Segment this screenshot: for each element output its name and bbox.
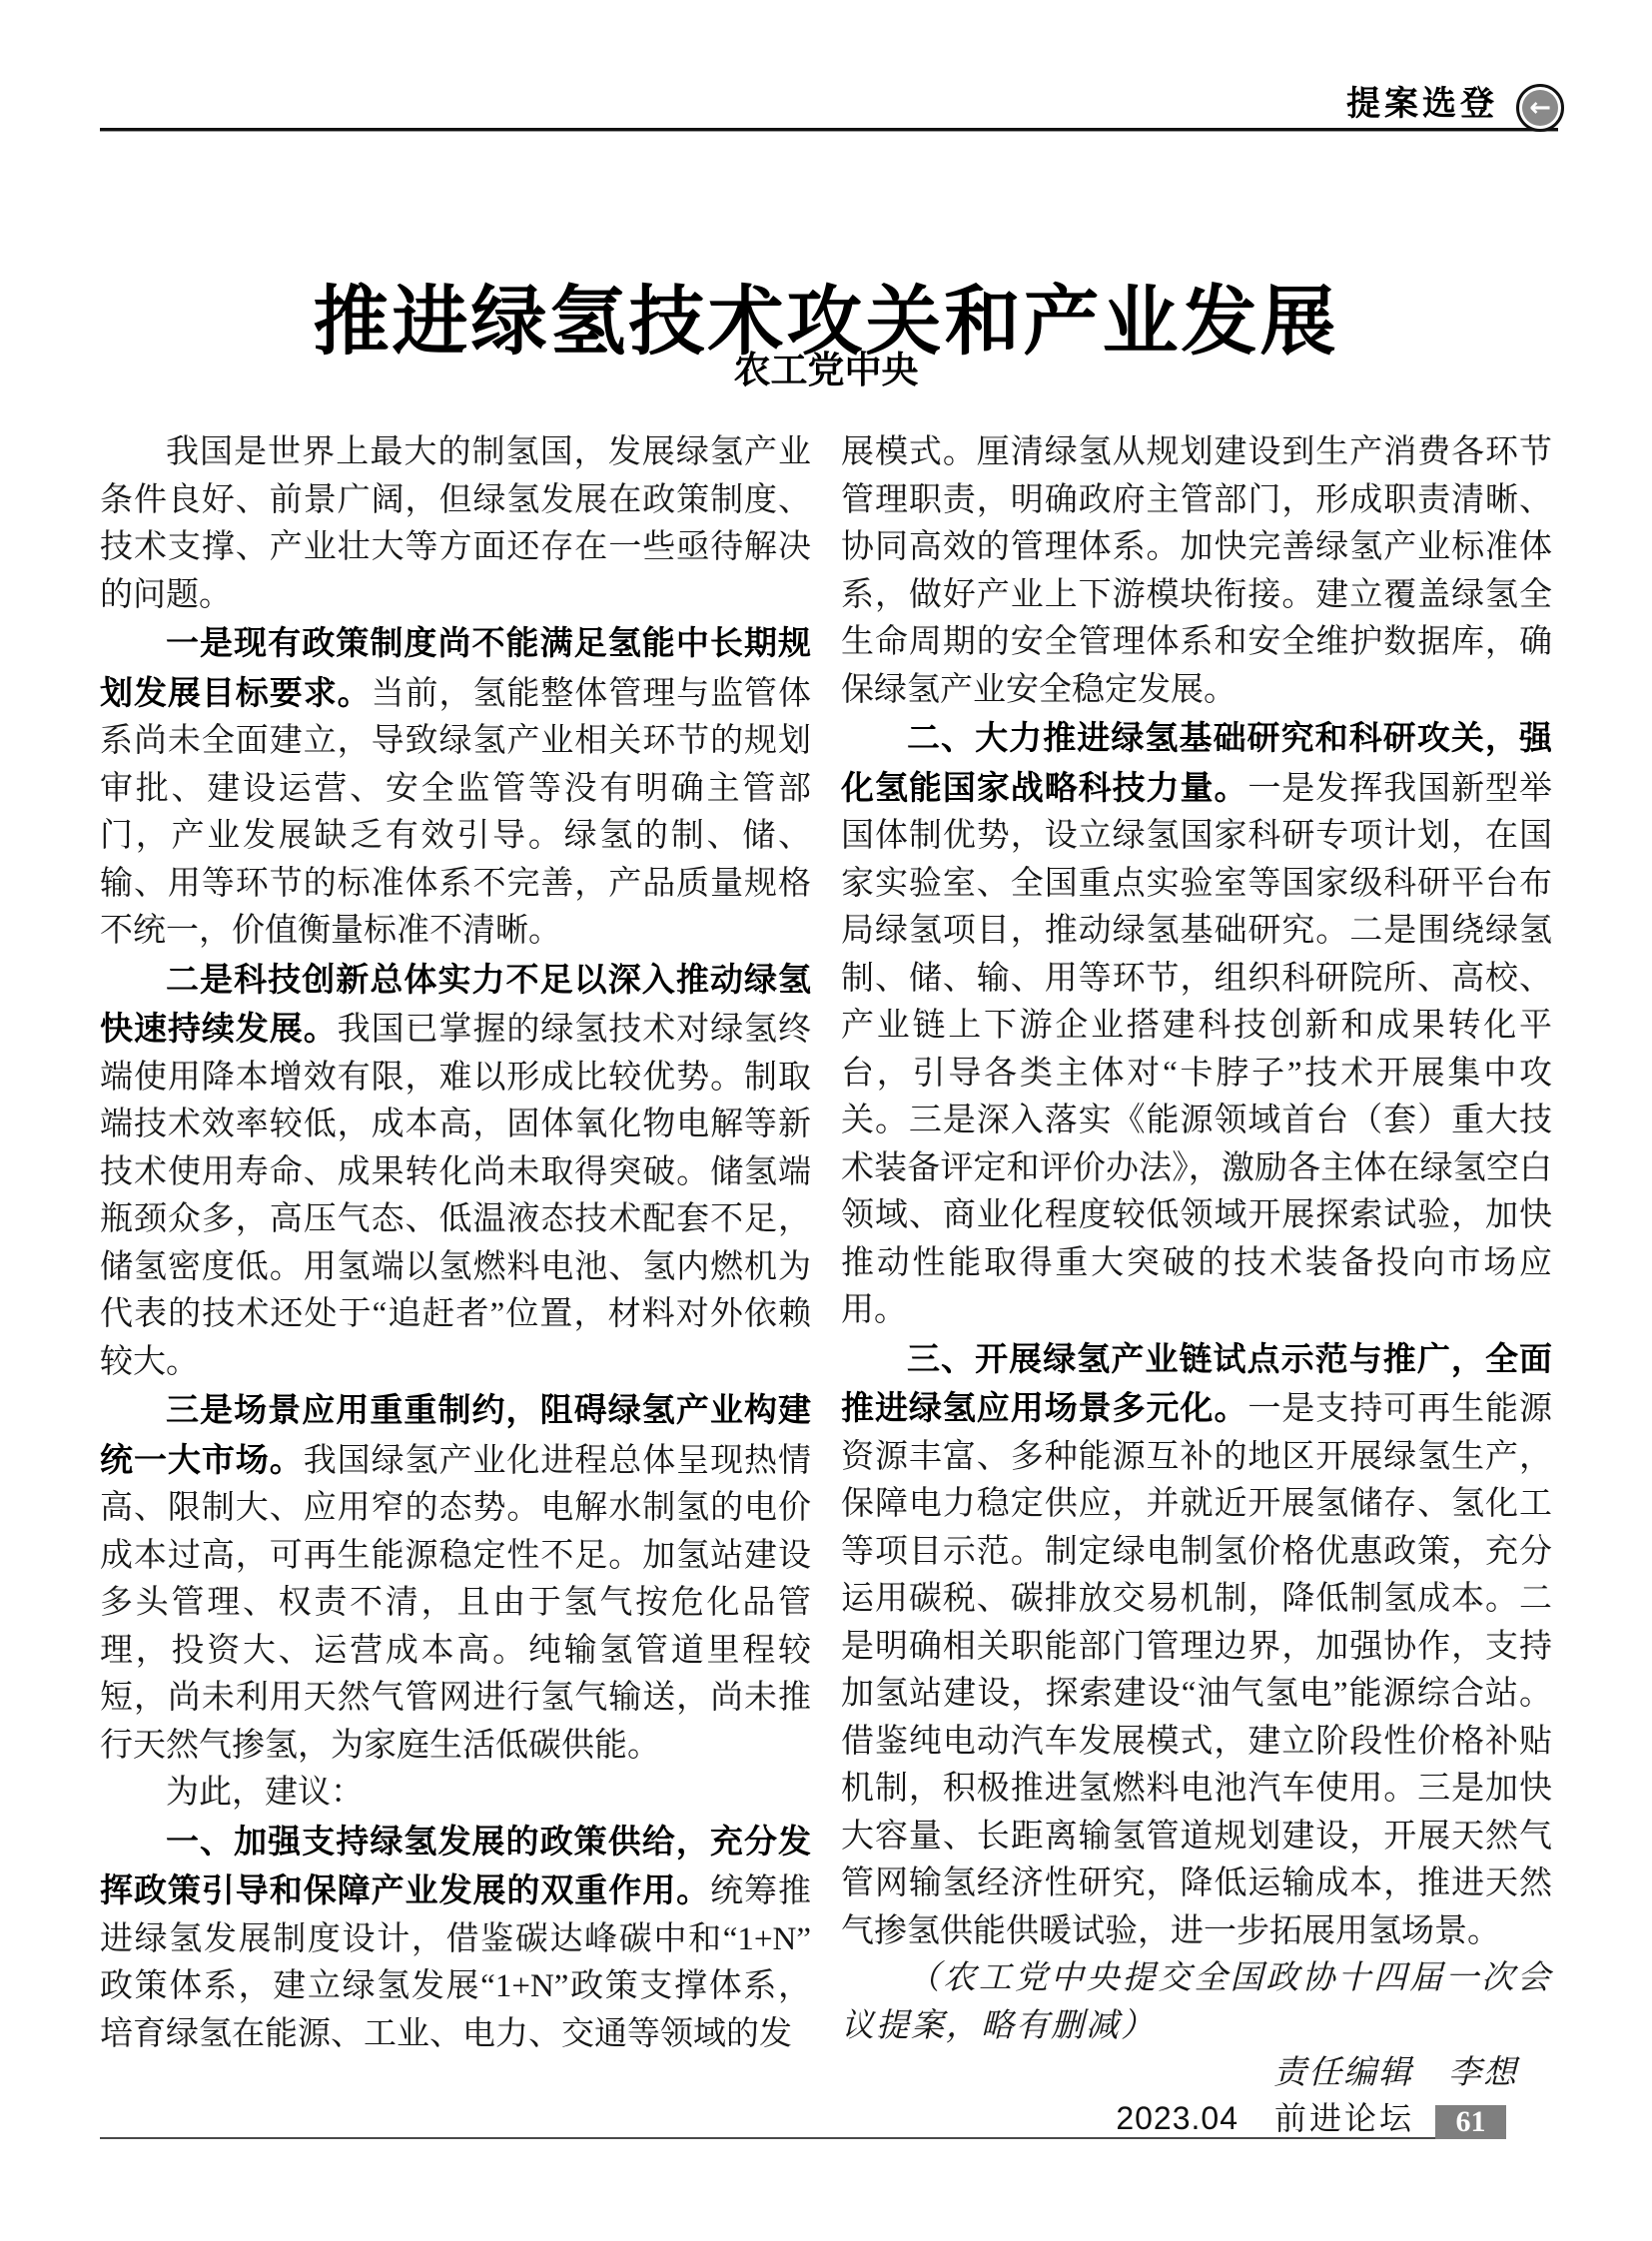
- paragraph: 一、加强支持绿氢发展的政策供给，充分发挥政策引导和保障产业发展的双重作用。统筹推…: [100, 1818, 811, 2059]
- footer-issue: 2023.04: [1116, 2100, 1239, 2136]
- article-author: 农工党中央: [100, 348, 1552, 393]
- left-column: 我国是世界上最大的制氢国，发展绿氢产业条件良好、前景广阔，但绿氢发展在政策制度、…: [100, 429, 811, 2058]
- section-header-label: 提案选登: [0, 84, 1498, 124]
- right-column: 展模式。厘清绿氢从规划建设到生产消费各环节管理职责，明确政府主管部门，形成职责清…: [841, 429, 1552, 2098]
- page-number-badge: 61: [1435, 2105, 1506, 2139]
- paragraph-lead: 三是场景应用重重制约，阻碍绿氢产业构建统一大市场。: [100, 1391, 811, 1478]
- paragraph-lead: 三、开展绿氢产业链试点示范与推广，全面推进绿氢应用场景多元化。: [841, 1340, 1552, 1427]
- paragraph-lead: 一是现有政策制度尚不能满足氢能中长期规划发展目标要求。: [100, 624, 811, 711]
- footer-rule: [100, 2137, 1435, 2139]
- back-arrow-glyph: ←: [1522, 90, 1558, 126]
- paragraph: 为此，建议：: [100, 1770, 811, 1818]
- paragraph: 三、开展绿氢产业链试点示范与推广，全面推进绿氢应用场景多元化。一是支持可再生能源…: [841, 1335, 1552, 1956]
- paragraph-lead: 二、大力推进绿氢基础研究和科研攻关，强化氢能国家战略科技力量。: [841, 719, 1552, 806]
- header-rule: [100, 128, 1558, 132]
- editor-credit: 责任编辑 李想: [841, 2050, 1552, 2098]
- footer-text: 2023.04 前进论坛: [100, 2099, 1414, 2137]
- back-arrow-icon: ←: [1516, 84, 1564, 132]
- paragraph: 一是现有政策制度尚不能满足氢能中长期规划发展目标要求。当前，氢能整体管理与监管体…: [100, 619, 811, 956]
- paragraph-lead: 一、加强支持绿氢发展的政策供给，充分发挥政策引导和保障产业发展的双重作用。: [100, 1823, 811, 1909]
- paragraph: 三是场景应用重重制约，阻碍绿氢产业构建统一大市场。我国绿氢产业化进程总体呈现热情…: [100, 1386, 811, 1770]
- footer-journal: 前进论坛: [1274, 2100, 1414, 2136]
- magazine-page: 提案选登 ← 推进绿氢技术攻关和产业发展 农工党中央 我国是世界上最大的制氢国，…: [0, 0, 1652, 2241]
- source-note: （农工党中央提交全国政协十四届一次会议提案，略有删减）: [841, 1955, 1552, 2050]
- paragraph: 我国是世界上最大的制氢国，发展绿氢产业条件良好、前景广阔，但绿氢发展在政策制度、…: [100, 429, 811, 619]
- paragraph: 展模式。厘清绿氢从规划建设到生产消费各环节管理职责，明确政府主管部门，形成职责清…: [841, 429, 1552, 714]
- paragraph-lead: 二是科技创新总体实力不足以深入推动绿氢快速持续发展。: [100, 961, 811, 1048]
- paragraph: 二、大力推进绿氢基础研究和科研攻关，强化氢能国家战略科技力量。一是发挥我国新型举…: [841, 714, 1552, 1335]
- paragraph: 二是科技创新总体实力不足以深入推动绿氢快速持续发展。我国已掌握的绿氢技术对绿氢终…: [100, 956, 811, 1387]
